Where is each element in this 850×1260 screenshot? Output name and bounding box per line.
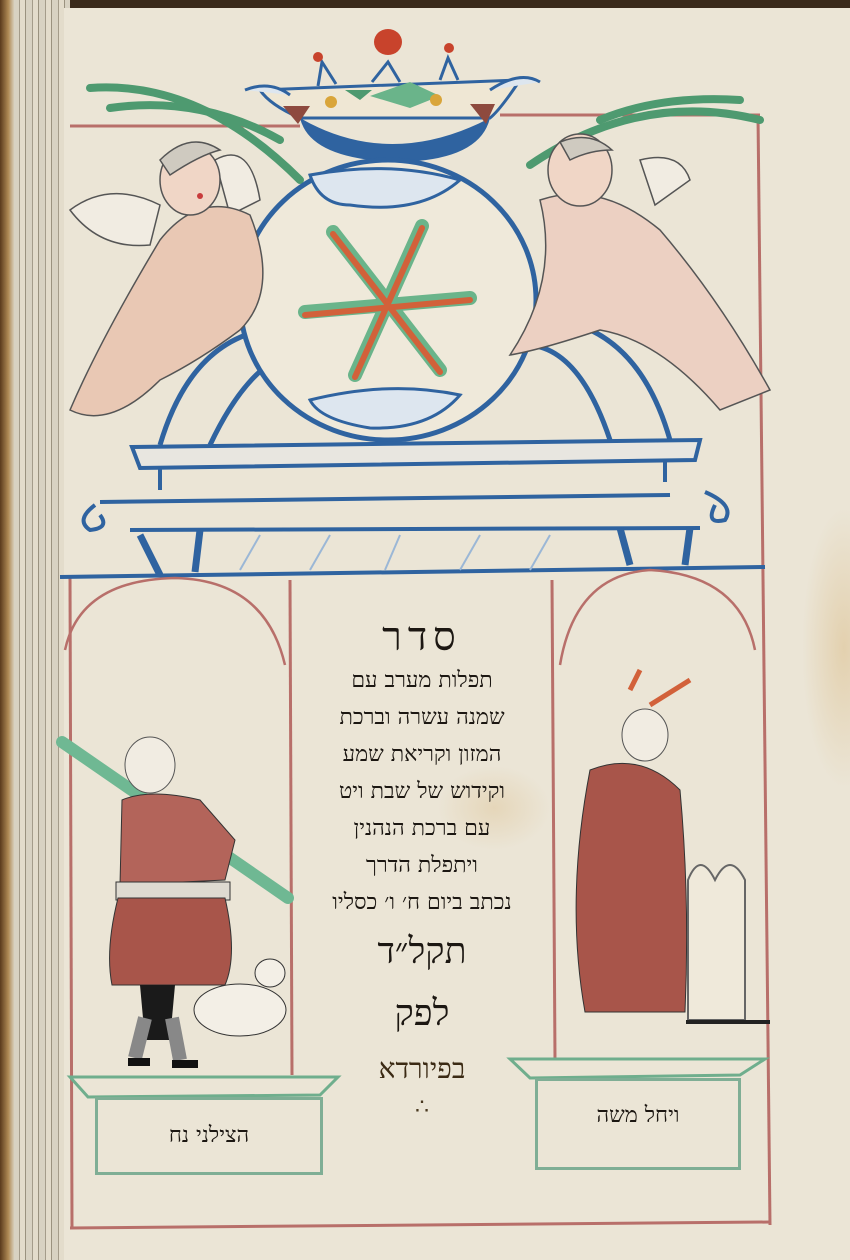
year-line-2: לפק	[292, 983, 552, 1045]
noah-caption: הצילני נח	[169, 1123, 249, 1148]
right-cherub	[510, 134, 770, 410]
moses-caption-box: ויחל משה	[535, 1078, 741, 1170]
title-line-6: ויתפלת הדרך	[292, 847, 552, 884]
title-line-3: המזון וקריאת שמע	[292, 736, 552, 773]
crown-icon	[245, 29, 540, 162]
pediment-bench	[60, 440, 765, 577]
moses-caption: ויחל משה	[597, 1103, 680, 1128]
closing-dots: ∴	[292, 1093, 552, 1123]
title-text-block: סדר תפלות מערב עם שמנה עשרה וברכת המזון …	[292, 612, 552, 1123]
place-line: בפיורדא	[292, 1045, 552, 1093]
title-line-4: וקידוש של שבת ויט	[292, 773, 552, 810]
medallion	[240, 160, 536, 440]
title-line-5: עם ברכת הנהנין	[292, 810, 552, 847]
title-heading: סדר	[292, 612, 552, 662]
title-line-2: שמנה עשרה וברכת	[292, 699, 552, 736]
noah-caption-box: הצילני נח	[95, 1097, 323, 1175]
moses-figure	[576, 670, 770, 1022]
left-cherub	[70, 142, 263, 416]
year-line-1: תקל״ד	[292, 921, 552, 983]
noah-figure	[62, 737, 288, 1064]
title-line-1: תפלות מערב עם	[292, 662, 552, 699]
title-line-7: נכתב ביום ח׳ ו׳ כסליו	[292, 884, 552, 921]
